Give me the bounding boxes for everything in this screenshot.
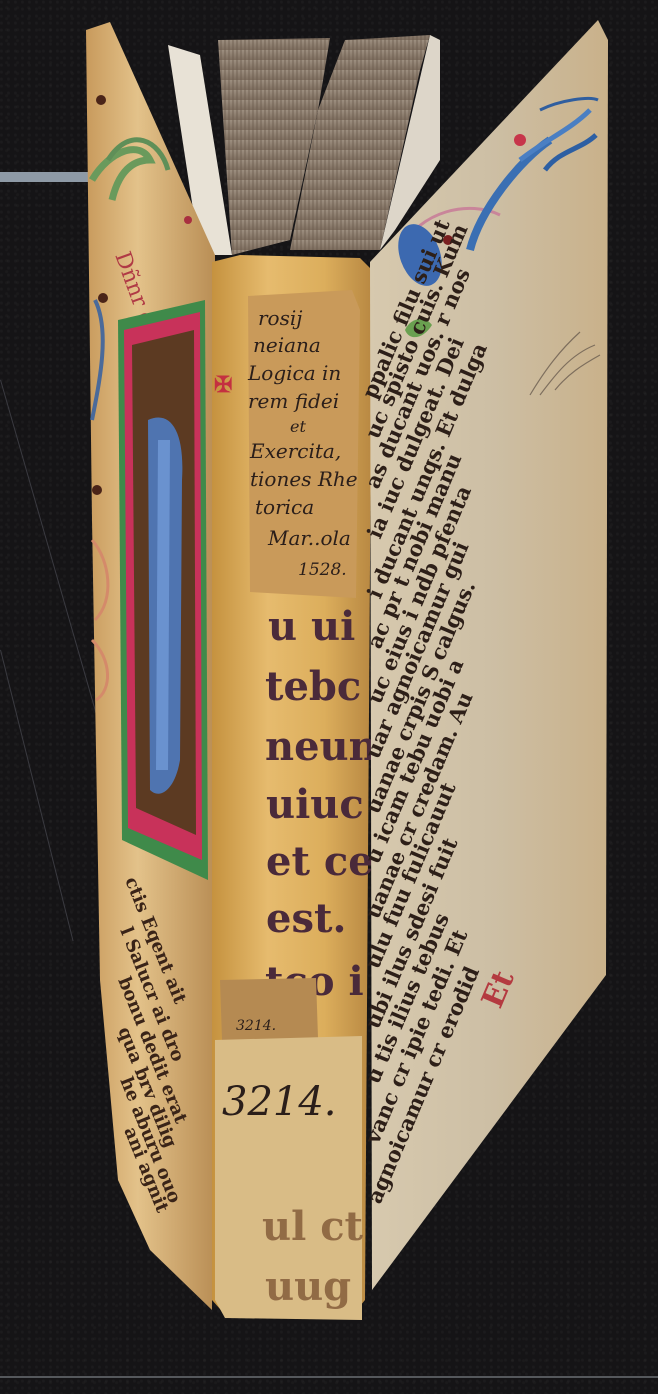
svg-text:est.: est.: [266, 895, 346, 942]
svg-text:uug: uug: [265, 1263, 351, 1310]
svg-text:tiones Rhe: tiones Rhe: [250, 467, 358, 491]
shelfmark-number: 3214.: [222, 1079, 337, 1125]
svg-text:et: et: [290, 417, 306, 436]
book-spine: rosij neiana Logica in rem fidei et Exer…: [212, 255, 378, 1320]
svg-text:tebc: tebc: [265, 663, 361, 710]
svg-text:Logica in: Logica in: [247, 361, 341, 385]
svg-text:uiuc: uiuc: [266, 781, 364, 828]
svg-text:neiana: neiana: [253, 333, 321, 357]
front-cover: Dñnr geni ctis Eqent ait l Salucr ai dro…: [86, 22, 215, 1310]
svg-text:rem fidei: rem fidei: [248, 389, 339, 413]
svg-text:Exercita,: Exercita,: [249, 439, 341, 463]
svg-text:u ui: u ui: [268, 603, 355, 650]
page-block: [168, 35, 440, 255]
svg-text:1528.: 1528.: [298, 560, 347, 580]
svg-text:neun: neun: [265, 723, 378, 770]
svg-text:et ce: et ce: [266, 838, 374, 885]
book-photo: Dñnr geni ctis Eqent ait l Salucr ai dro…: [0, 0, 658, 1394]
svg-text:ul ct: ul ct: [262, 1203, 364, 1250]
svg-text:rosij: rosij: [258, 306, 302, 330]
svg-text:torica: torica: [255, 495, 314, 519]
svg-text:✠: ✠: [214, 372, 232, 398]
svg-text:Mar..ola: Mar..ola: [267, 526, 351, 550]
small-shelfmark: 3214.: [236, 1018, 276, 1034]
